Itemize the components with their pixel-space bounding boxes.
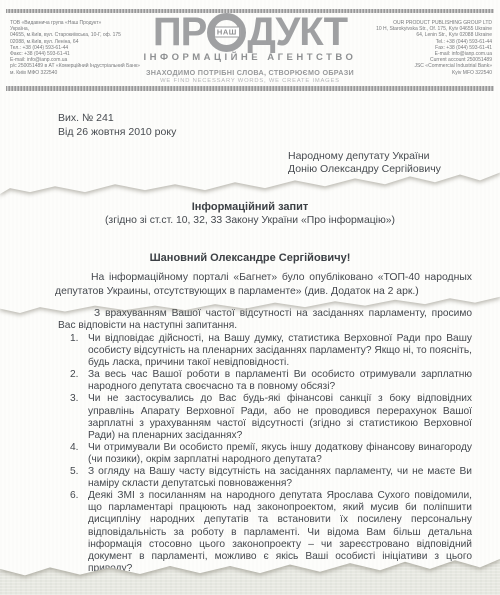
letterhead-rule-bottom (6, 86, 494, 91)
question-number: 3. (70, 393, 79, 405)
letter-fragment-bottom: З врахуванням Вашої частої відсутності н… (0, 290, 500, 576)
logo-slogan-ua: ЗНАХОДИМО ПОТРІБНІ СЛОВА, СТВОРЮЄМО ОБРА… (140, 68, 360, 77)
addressee-name: Донію Олександру Сергійовичу (288, 163, 441, 176)
question-text: Чи не застосувались до Вас будь-які фіна… (88, 393, 472, 440)
letterhead-address-en: OUR PRODUCT PUBLISHING GROUP LTD 10 H, S… (337, 20, 492, 76)
document-title: Інформаційний запит (0, 201, 500, 213)
question-text: За весь час Вашої роботи в парламенті Ви… (88, 369, 472, 392)
question-list: 1. Чи відповідає дійсності, на Вашу думк… (58, 333, 472, 575)
logo-slogan-en: WE FIND NECESSARY WORDS, WE CREATE IMAGE… (140, 78, 360, 84)
letterhead-line: Kyiv MFO 322540 (337, 70, 492, 76)
logo-text-left: ПР (153, 13, 206, 51)
addressee-title: Народному депутату України (288, 150, 441, 163)
question-number: 5. (70, 466, 79, 478)
addressee-block: Народному депутату України Донію Олексан… (288, 150, 441, 176)
outgoing-reference: Вих. № 241 Від 26 жовтня 2010 року (58, 112, 176, 139)
reference-date: Від 26 жовтня 2010 року (58, 126, 176, 140)
question-number: 6. (70, 490, 79, 502)
document-subtitle: (згідно зі ст.ст. 10, 32, 33 Закону Укра… (0, 215, 500, 226)
question-item: 2. За весь час Вашої роботи в парламенті… (58, 369, 472, 393)
question-item: 1. Чи відповідає дійсності, на Вашу думк… (58, 333, 472, 369)
question-item: 5. З огляду на Вашу часту відсутність на… (58, 466, 472, 490)
question-item: 6. Деякі ЗМІ з посиланням на народного д… (58, 490, 472, 575)
company-logo: ПР НАШ ДУКТ ІНФОРМАЦІЙНЕ АГЕНТСТВО ЗНАХО… (140, 13, 360, 84)
question-item: 4. Чи отримували Ви особисто премії, яку… (58, 442, 472, 466)
salutation: Шановний Олександре Сергійовичу! (0, 252, 500, 264)
question-item: 3. Чи не застосувались до Вас будь-які ф… (58, 393, 472, 441)
question-text: З огляду на Вашу часту відсутність на за… (88, 466, 472, 489)
question-number: 4. (70, 442, 79, 454)
question-number: 1. (70, 333, 79, 345)
reference-number: Вих. № 241 (58, 112, 176, 126)
scanned-letter: ТОВ «Видавнича група «Наш Продукт» Украї… (0, 0, 500, 595)
question-text: Чи отримували Ви особисто премії, якусь … (88, 442, 472, 465)
intro-paragraph: На інформаційному порталі «Багнет» було … (55, 271, 472, 298)
question-text: Деякі ЗМІ з посиланням на народного депу… (88, 490, 472, 574)
logo-subtitle: ІНФОРМАЦІЙНЕ АГЕНТСТВО (140, 52, 360, 63)
letter-fragment-top: ТОВ «Видавнича група «Наш Продукт» Украї… (0, 0, 500, 196)
question-text: Чи відповідає дійсності, на Вашу думку, … (88, 333, 472, 368)
paper-top: ТОВ «Видавнича група «Наш Продукт» Украї… (0, 0, 500, 196)
logo-text-right: ДУКТ (247, 13, 347, 51)
logo-badge: НАШ (214, 27, 240, 38)
paper-bottom: З врахуванням Вашої частої відсутності н… (0, 290, 500, 576)
logo-wordmark: ПР НАШ ДУКТ (140, 13, 360, 51)
question-number: 2. (70, 369, 79, 381)
logo-ring-icon: НАШ (207, 13, 246, 52)
